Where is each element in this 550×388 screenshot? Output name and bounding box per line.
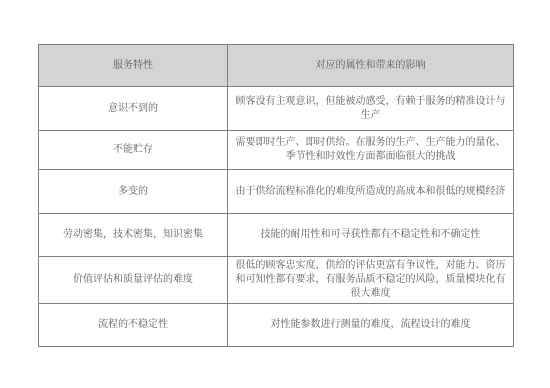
feature-cell: 多变的	[39, 170, 228, 214]
feature-cell: 不能贮存	[39, 131, 228, 170]
impact-cell: 需要即时生产、即时供给。在服务的生产、生产能力的量化、季节性和时效性方面都面临很…	[228, 131, 514, 170]
table-header-row: 服务特性 对应的属性和带来的影响	[39, 45, 514, 87]
table-row: 不能贮存 需要即时生产、即时供给。在服务的生产、生产能力的量化、季节性和时效性方…	[39, 131, 514, 170]
service-characteristics-table: 服务特性 对应的属性和带来的影响 意识不到的 顾客没有主观意识，但能被动感受，有…	[38, 44, 514, 347]
impact-cell: 对性能参数进行测量的难度，流程设计的难度	[228, 304, 514, 347]
feature-cell: 价值评估和质量评估的难度	[39, 257, 228, 304]
table-header-impact: 对应的属性和带来的影响	[228, 45, 514, 87]
table-row: 流程的不稳定性 对性能参数进行测量的难度，流程设计的难度	[39, 304, 514, 347]
impact-cell: 技能的耐用性和可寻获性都有不稳定性和不确定性	[228, 214, 514, 257]
feature-cell: 劳动密集，技术密集，知识密集	[39, 214, 228, 257]
table-header-feature: 服务特性	[39, 45, 228, 87]
page: 服务特性 对应的属性和带来的影响 意识不到的 顾客没有主观意识，但能被动感受，有…	[0, 0, 550, 388]
feature-cell: 流程的不稳定性	[39, 304, 228, 347]
table-row: 价值评估和质量评估的难度 很低的顾客忠实度，供给的评估更富有争议性，对能力、资历…	[39, 257, 514, 304]
table-row: 劳动密集，技术密集，知识密集 技能的耐用性和可寻获性都有不稳定性和不确定性	[39, 214, 514, 257]
table-row: 多变的 由于供给流程标准化的难度所造成的高成本和很低的规模经济	[39, 170, 514, 214]
feature-cell: 意识不到的	[39, 87, 228, 131]
table-row: 意识不到的 顾客没有主观意识，但能被动感受，有赖于服务的精准设计与生产	[39, 87, 514, 131]
impact-cell: 很低的顾客忠实度，供给的评估更富有争议性，对能力、资历和可知性都有要求，有服务品…	[228, 257, 514, 304]
impact-cell: 顾客没有主观意识，但能被动感受，有赖于服务的精准设计与生产	[228, 87, 514, 131]
impact-cell: 由于供给流程标准化的难度所造成的高成本和很低的规模经济	[228, 170, 514, 214]
